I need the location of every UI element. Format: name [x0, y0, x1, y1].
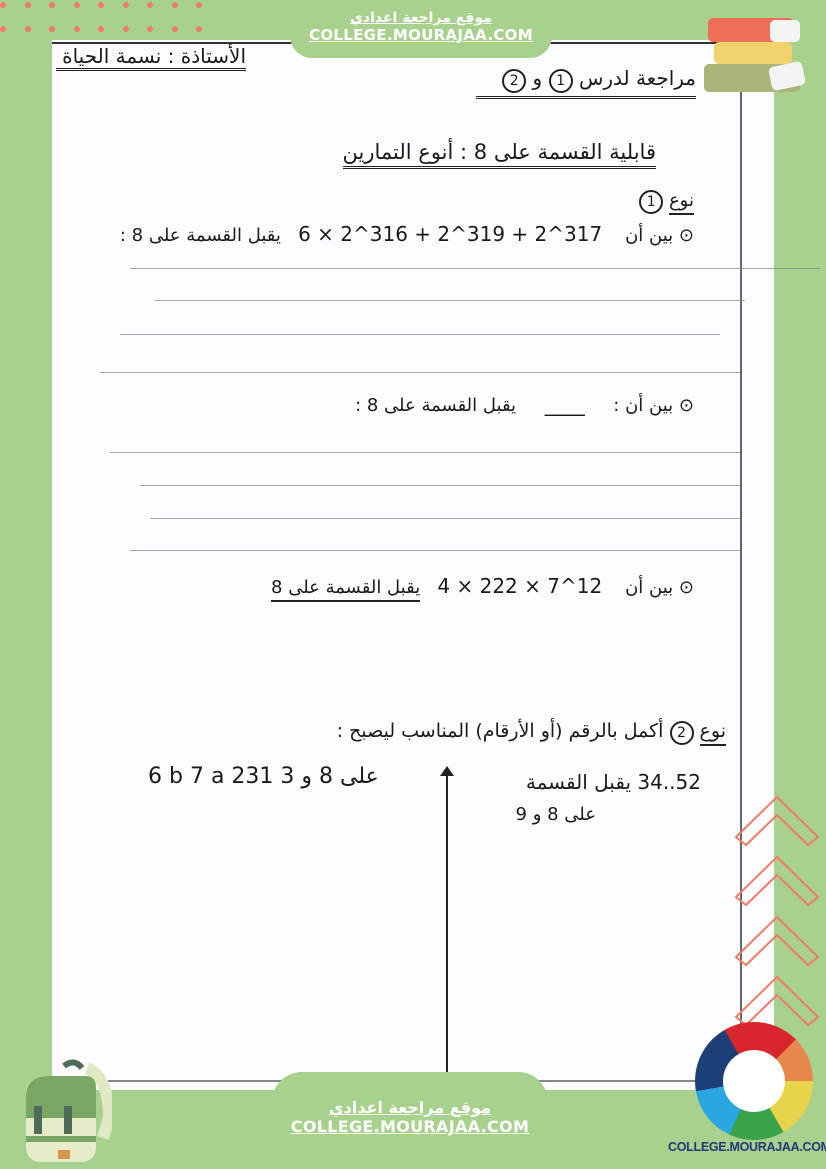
- type2-number: 2: [670, 721, 694, 745]
- footer-banner[interactable]: موقع مراجعة اعدادي COLLEGE.MOURAJAA.COM: [272, 1072, 548, 1169]
- review-title-text: مراجعة لدرس: [579, 66, 696, 90]
- answer-line: [100, 372, 740, 373]
- exercise-3: ⊙ بين أن 4 × 222 × 7^12 يقبل القسمة على …: [271, 574, 694, 598]
- footer-banner-url[interactable]: COLLEGE.MOURAJAA.COM: [272, 1117, 548, 1136]
- bullet-icon: ⊙: [679, 577, 694, 598]
- teacher-name: الأستاذة : نسمة الحياة: [56, 44, 246, 71]
- lesson-number-1: 1: [549, 69, 573, 93]
- type2-heading: نوع 2 أكمل بالرقم (أو الأرقام) المناسب ل…: [337, 720, 726, 745]
- footer-banner-arabic[interactable]: موقع مراجعة اعدادي: [272, 1072, 548, 1117]
- type1-number: 1: [639, 190, 663, 214]
- books-stack-icon: [700, 14, 810, 96]
- header-banner[interactable]: موقع مراجعة اعدادي COLLEGE.MOURAJAA.COM: [290, 0, 552, 58]
- dot: [49, 2, 55, 8]
- bullet-icon: ⊙: [679, 395, 694, 416]
- dot: [74, 2, 80, 8]
- answer-line: [120, 334, 720, 335]
- dot: [147, 2, 153, 8]
- header-banner-arabic[interactable]: موقع مراجعة اعدادي: [290, 0, 552, 26]
- main-title: قابلية القسمة على 8 : أنوع التمارين: [343, 140, 656, 169]
- exercise-2-blank: ____: [545, 392, 585, 416]
- dot: [196, 26, 202, 32]
- answer-line: [110, 452, 740, 453]
- chevron-up-decoration-icon: [732, 795, 822, 1035]
- dot: [98, 2, 104, 8]
- answer-line: [130, 268, 820, 269]
- type2-left-item: 6 b 7 a 231 على 8 و 3: [148, 764, 379, 789]
- dot: [98, 26, 104, 32]
- exercise-3-suffix: يقبل القسمة على 8: [271, 577, 420, 602]
- exercise-1-suffix: يقبل القسمة على 8 :: [120, 225, 281, 246]
- type2-right-item-line1: 52..34 يقبل القسمة: [526, 770, 701, 794]
- answer-line: [140, 485, 740, 486]
- site-logo-text[interactable]: COLLEGE.MOURAJAA.COM: [668, 1140, 826, 1154]
- answer-line: [130, 550, 740, 551]
- exercise-1-expression: 6 × 2^316 + 2^319 + 2^317: [298, 222, 602, 246]
- type2-right-item-line2: على 8 و 9: [516, 804, 596, 825]
- review-title: مراجعة لدرس 1 و 2: [476, 66, 696, 99]
- dot: [172, 2, 178, 8]
- lesson-number-2: 2: [502, 69, 526, 93]
- answer-line: [150, 518, 740, 519]
- dot: [25, 2, 31, 8]
- dot: [74, 26, 80, 32]
- dot: [0, 2, 6, 8]
- dot: [123, 26, 129, 32]
- type2-instruction: أكمل بالرقم (أو الأرقام) المناسب ليصبح :: [337, 720, 664, 742]
- exercise-1-prefix: بين أن: [625, 225, 673, 246]
- exercise-1: ⊙ بين أن 6 × 2^316 + 2^319 + 2^317 يقبل …: [120, 222, 694, 246]
- dot: [49, 26, 55, 32]
- dot: [196, 2, 202, 8]
- lesson-joiner: و: [533, 66, 543, 90]
- exercise-2: ⊙ بين أن : ____ يقبل القسمة على 8 :: [355, 392, 694, 416]
- type1-label: نوع: [669, 190, 694, 215]
- dot: [123, 2, 129, 8]
- answer-line: [155, 300, 745, 301]
- type1-heading: نوع 1: [639, 190, 694, 214]
- type2-label: نوع: [700, 720, 726, 746]
- bullet-icon: ⊙: [679, 225, 694, 246]
- dot: [25, 26, 31, 32]
- dot: [0, 26, 6, 32]
- dot: [147, 26, 153, 32]
- exercise-2-suffix: يقبل القسمة على 8 :: [355, 395, 516, 416]
- exercise-3-prefix: بين أن: [625, 577, 673, 598]
- exercise-3-expression: 4 × 222 × 7^12: [437, 574, 602, 598]
- divider-arrow-line: [446, 774, 448, 1074]
- backpack-icon: [12, 1056, 112, 1166]
- site-logo-wheel-icon[interactable]: [695, 1022, 813, 1140]
- header-banner-url[interactable]: COLLEGE.MOURAJAA.COM: [290, 26, 552, 44]
- dot: [172, 26, 178, 32]
- exercise-2-prefix: بين أن :: [613, 395, 673, 416]
